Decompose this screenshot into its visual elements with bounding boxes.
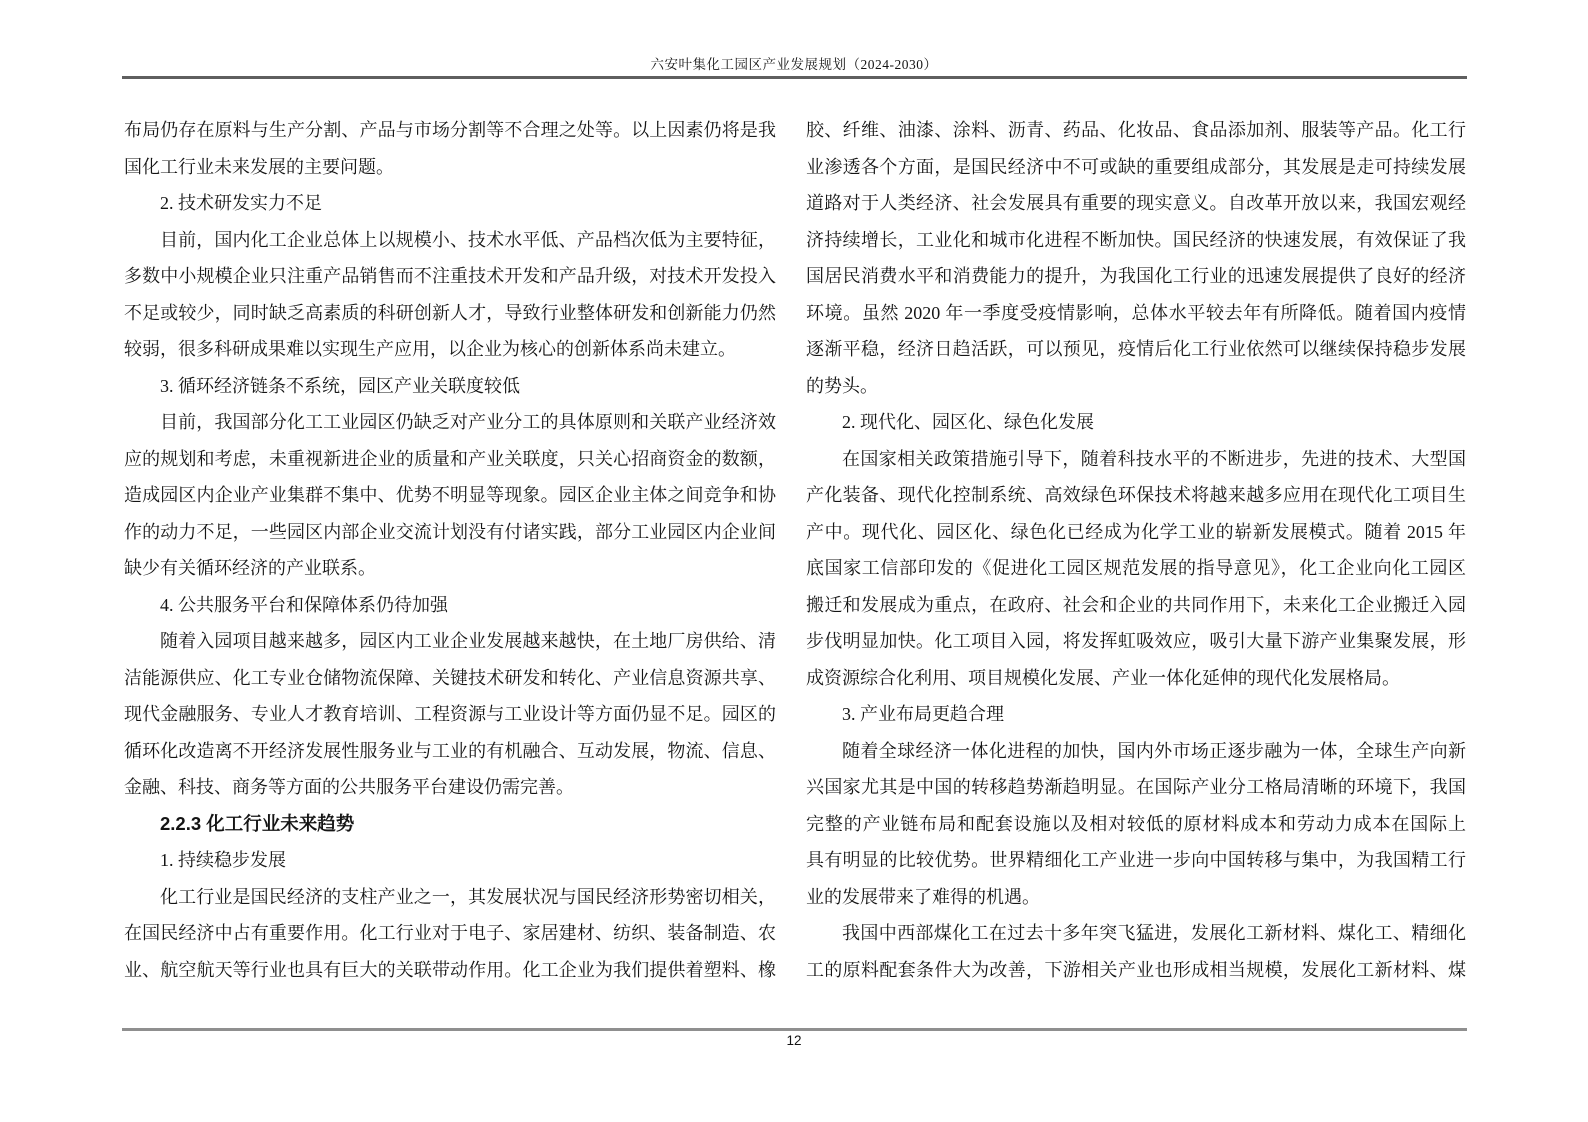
section-heading-line: 2.2.3 化工行业未来趋势 [124, 806, 776, 843]
text-line: 洁能源供应、化工专业仓储物流保障、关键技术研发和转化、产业信息资源共享、 [124, 660, 776, 697]
text-line: 3. 产业布局更趋合理 [806, 696, 1466, 733]
text-line: 化工行业是国民经济的支柱产业之一，其发展状况与国民经济形势密切相关， [124, 879, 776, 916]
text-line: 随着入园项目越来越多，园区内工业企业发展越来越快，在土地厂房供给、清 [124, 623, 776, 660]
text-line: 多数中小规模企业只注重产品销售而不注重技术开发和产品升级，对技术开发投入 [124, 258, 776, 295]
text-line: 兴国家尤其是中国的转移趋势渐趋明显。在国际产业分工格局清晰的环境下，我国 [806, 769, 1466, 806]
text-line: 搬迁和发展成为重点，在政府、社会和企业的共同作用下，未来化工企业搬迁入园 [806, 587, 1466, 624]
document-page: 六安叶集化工园区产业发展规划（2024-2030） 布局仍存在原料与生产分割、产… [0, 0, 1588, 1122]
text-line: 具有明显的比较优势。世界精细化工产业进一步向中国转移与集中，为我国精工行 [806, 842, 1466, 879]
text-line: 3. 循环经济链条不系统，园区产业关联度较低 [124, 368, 776, 405]
text-line: 1. 持续稳步发展 [124, 842, 776, 879]
text-line: 造成园区内企业产业集群不集中、优势不明显等现象。园区企业主体之间竞争和协 [124, 477, 776, 514]
text-line: 现代金融服务、专业人才教育培训、工程资源与工业设计等方面仍显不足。园区的 [124, 696, 776, 733]
text-line: 不足或较少，同时缺乏高素质的科研创新人才，导致行业整体研发和创新能力仍然 [124, 295, 776, 332]
text-line: 目前，我国部分化工工业园区仍缺乏对产业分工的具体原则和关联产业经济效 [124, 404, 776, 441]
text-line: 济持续增长，工业化和城市化进程不断加快。国民经济的快速发展，有效保证了我 [806, 222, 1466, 259]
text-line: 循环化改造离不开经济发展性服务业与工业的有机融合、互动发展，物流、信息、 [124, 733, 776, 770]
text-line: 胶、纤维、油漆、涂料、沥青、药品、化妆品、食品添加剂、服装等产品。化工行 [806, 112, 1466, 149]
text-line: 工的原料配套条件大为改善，下游相关产业也形成相当规模，发展化工新材料、煤 [806, 952, 1466, 989]
text-line: 国居民消费水平和消费能力的提升，为我国化工行业的迅速发展提供了良好的经济 [806, 258, 1466, 295]
text-line: 2. 现代化、园区化、绿色化发展 [806, 404, 1466, 441]
text-line: 在国民经济中占有重要作用。化工行业对于电子、家居建材、纺织、装备制造、农 [124, 915, 776, 952]
text-line: 我国中西部煤化工在过去十多年突飞猛进，发展化工新材料、煤化工、精细化 [806, 915, 1466, 952]
text-line: 成资源综合化利用、项目规模化发展、产业一体化延伸的现代化发展格局。 [806, 660, 1466, 697]
text-line: 随着全球经济一体化进程的加快，国内外市场正逐步融为一体，全球生产向新 [806, 733, 1466, 770]
text-line: 的势头。 [806, 368, 1466, 405]
page-number: 12 [0, 1033, 1588, 1049]
column-left: 布局仍存在原料与生产分割、产品与市场分割等不合理之处等。以上因素仍将是我国化工行… [124, 112, 776, 988]
text-line: 产中。现代化、园区化、绿色化已经成为化学工业的崭新发展模式。随着 2015 年 [806, 514, 1466, 551]
text-line: 金融、科技、商务等方面的公共服务平台建设仍需完善。 [124, 769, 776, 806]
text-line: 逐渐平稳，经济日趋活跃，可以预见，疫情后化工行业依然可以继续保持稳步发展 [806, 331, 1466, 368]
footer-rule [122, 1028, 1467, 1031]
text-line: 作的动力不足，一些园区内部企业交流计划没有付诸实践，部分工业园区内企业间 [124, 514, 776, 551]
text-line: 底国家工信部印发的《促进化工园区规范发展的指导意见》，化工企业向化工园区 [806, 550, 1466, 587]
text-line: 4. 公共服务平台和保障体系仍待加强 [124, 587, 776, 624]
text-line: 环境。虽然 2020 年一季度受疫情影响，总体水平较去年有所降低。随着国内疫情 [806, 295, 1466, 332]
text-line: 较弱，很多科研成果难以实现生产应用，以企业为核心的创新体系尚未建立。 [124, 331, 776, 368]
text-line: 道路对于人类经济、社会发展具有重要的现实意义。自改革开放以来，我国宏观经 [806, 185, 1466, 222]
text-line: 业渗透各个方面，是国民经济中不可或缺的重要组成部分，其发展是走可持续发展 [806, 149, 1466, 186]
column-right: 胶、纤维、油漆、涂料、沥青、药品、化妆品、食品添加剂、服装等产品。化工行业渗透各… [806, 112, 1466, 988]
text-line: 完整的产业链布局和配套设施以及相对较低的原材料成本和劳动力成本在国际上 [806, 806, 1466, 843]
header-title: 六安叶集化工园区产业发展规划（2024-2030） [0, 57, 1588, 73]
text-line: 缺少有关循环经济的产业联系。 [124, 550, 776, 587]
text-line: 国化工行业未来发展的主要问题。 [124, 149, 776, 186]
text-line: 产化装备、现代化控制系统、高效绿色环保技术将越来越多应用在现代化工项目生 [806, 477, 1466, 514]
text-line: 业、航空航天等行业也具有巨大的关联带动作用。化工企业为我们提供着塑料、橡 [124, 952, 776, 989]
text-line: 目前，国内化工企业总体上以规模小、技术水平低、产品档次低为主要特征， [124, 222, 776, 259]
text-line: 2. 技术研发实力不足 [124, 185, 776, 222]
text-line: 在国家相关政策措施引导下，随着科技水平的不断进步，先进的技术、大型国 [806, 441, 1466, 478]
text-line: 应的规划和考虑，未重视新进企业的质量和产业关联度，只关心招商资金的数额， [124, 441, 776, 478]
text-line: 业的发展带来了难得的机遇。 [806, 879, 1466, 916]
header-rule [122, 76, 1467, 79]
text-line: 布局仍存在原料与生产分割、产品与市场分割等不合理之处等。以上因素仍将是我 [124, 112, 776, 149]
text-line: 步伐明显加快。化工项目入园，将发挥虹吸效应，吸引大量下游产业集聚发展，形 [806, 623, 1466, 660]
